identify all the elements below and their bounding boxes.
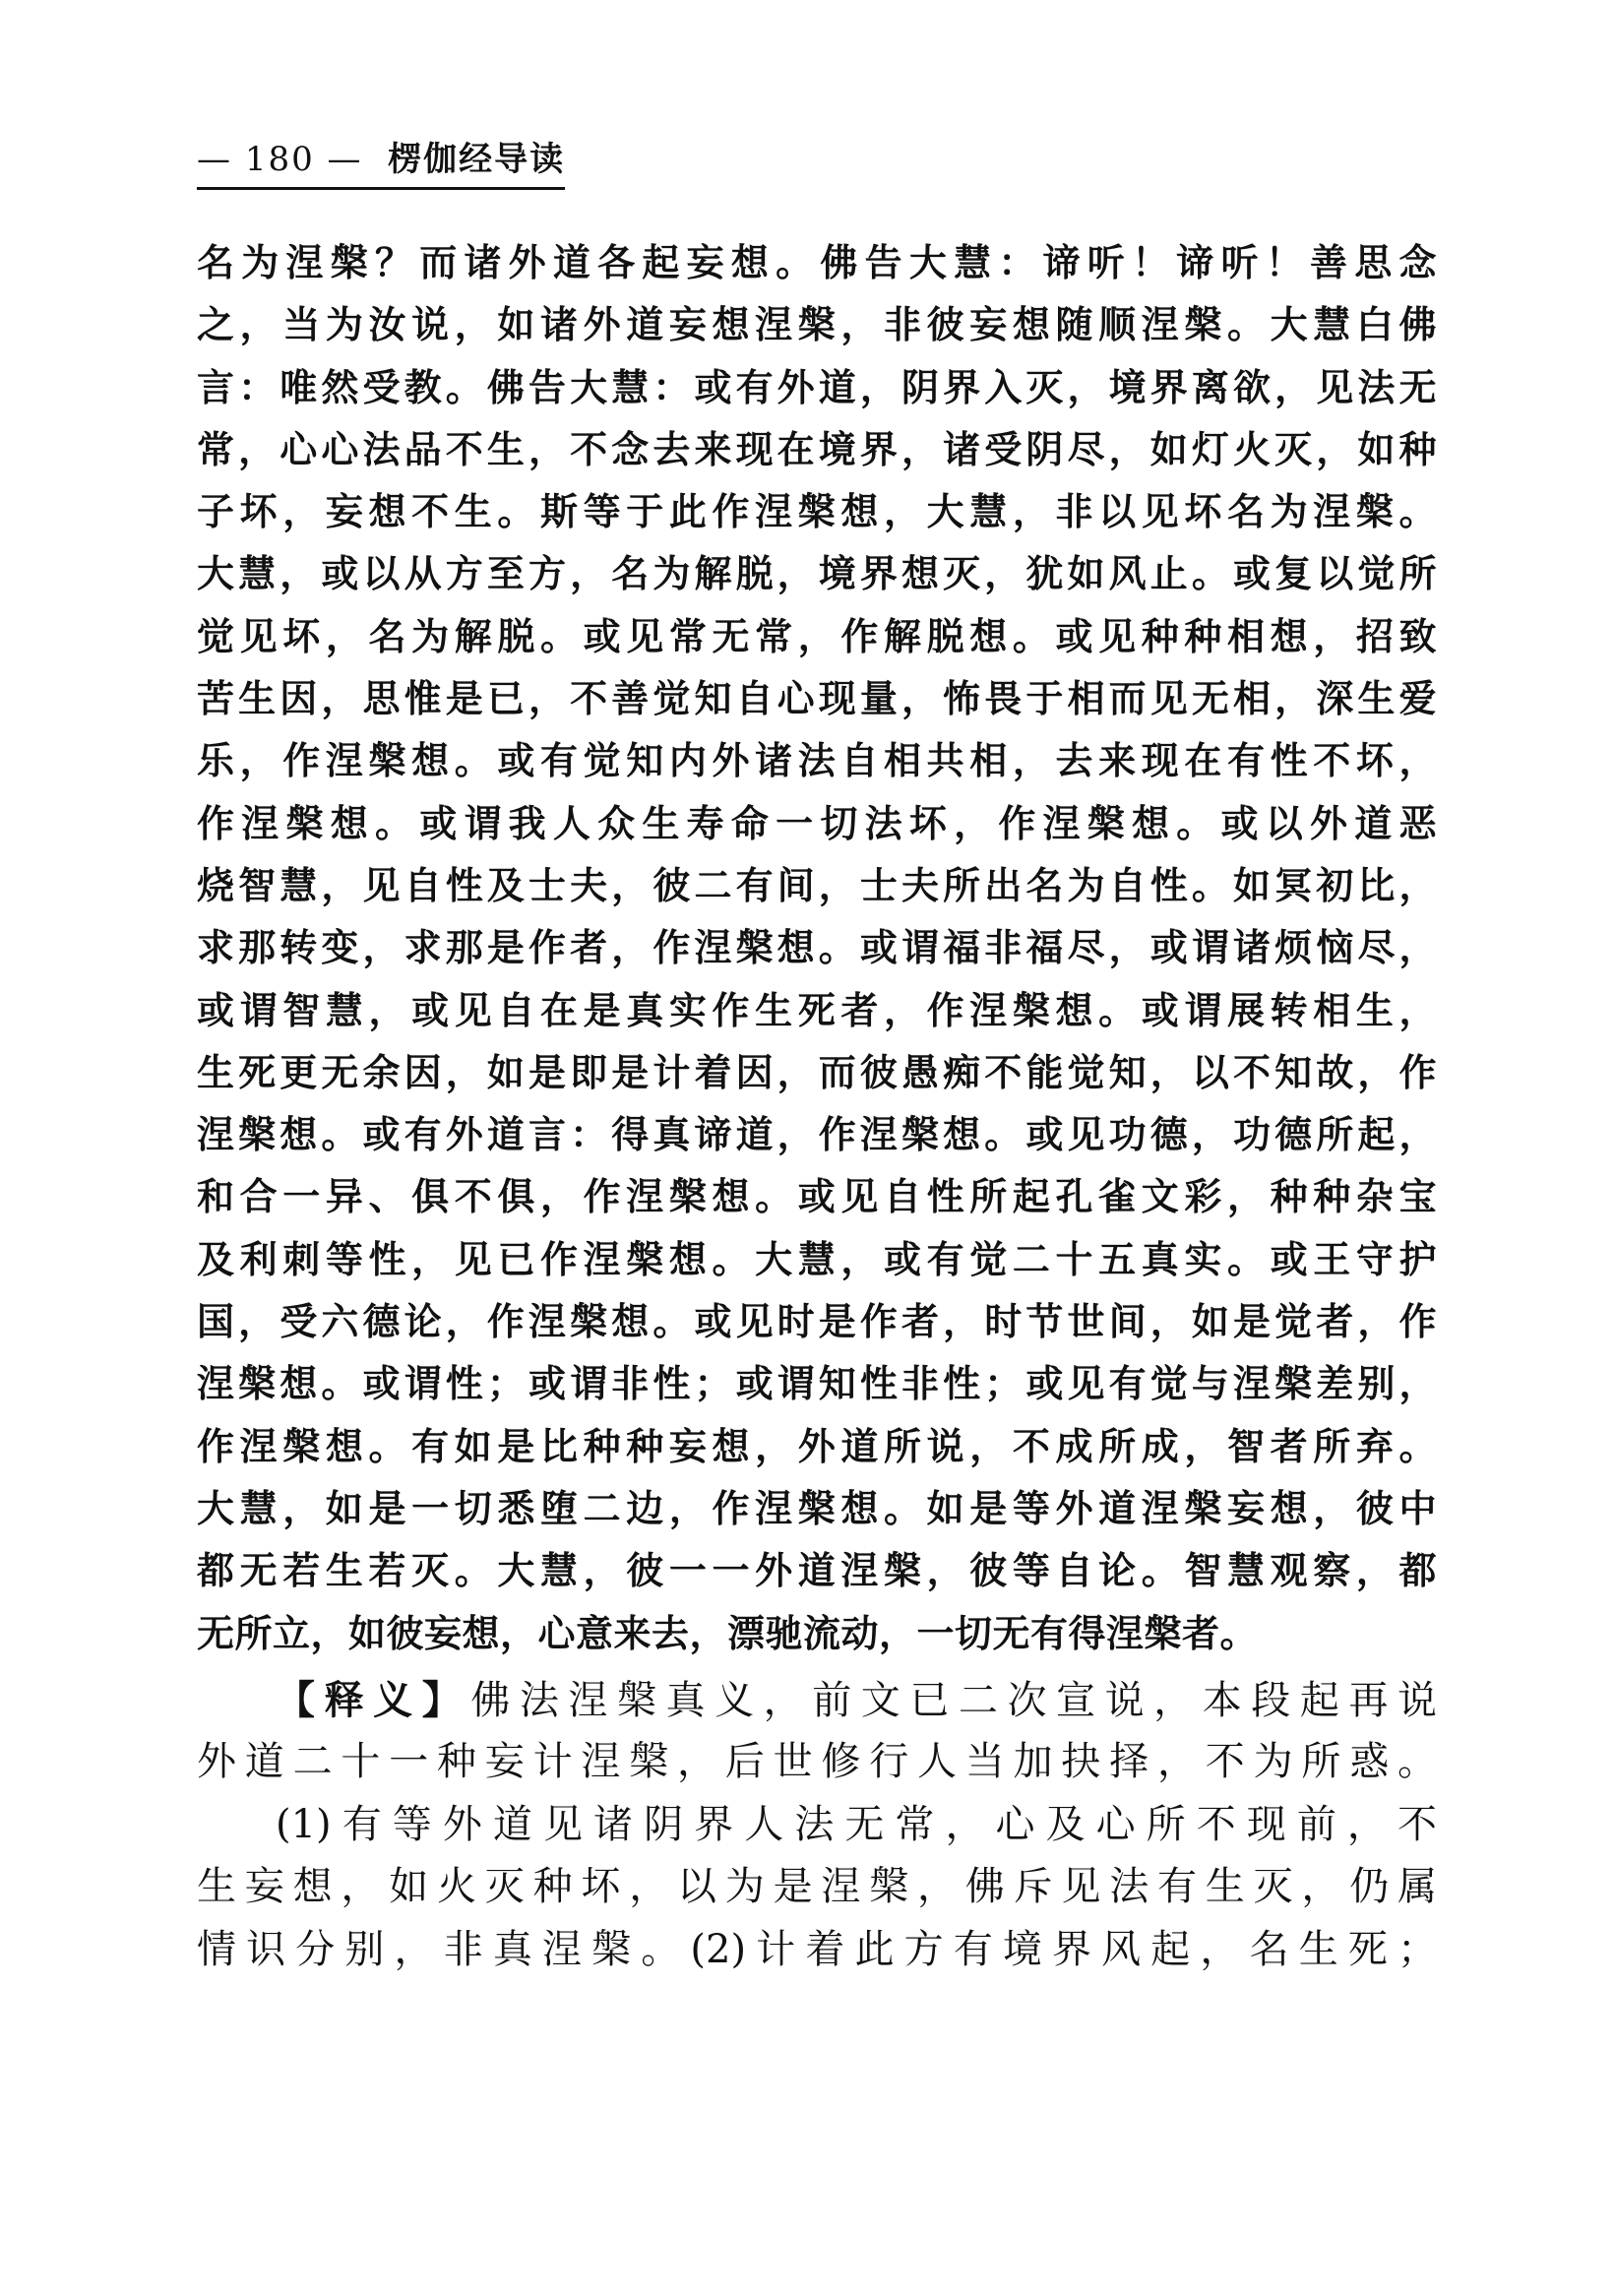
sutra-line: 之，当为汝说，如诸外道妄想涅槃，非彼妄想随顺涅槃。大慧白佛 — [197, 294, 1437, 356]
sutra-line: 觉见坏，名为解脱。或见常无常，作解脱想。或见种种相想，招致 — [197, 606, 1437, 668]
commentary-text: 佛法涅槃真义，前文已二次宣说，本段起再说 — [470, 1678, 1437, 1723]
book-title: 楞伽经导读 — [388, 140, 565, 179]
commentary-line: 外道二十一种妄计涅槃，后世修行人当加抉择，不为所惑。 — [197, 1731, 1437, 1794]
sutra-line: 苦生因，思惟是已，不善觉知自心现量，怖畏于相而见无相，深生爱 — [197, 668, 1437, 730]
commentary-line: (1)有等外道见诸阴界人法无常，心及心所不现前，不 — [197, 1794, 1437, 1857]
sutra-line: 烧智慧，见自性及士夫，彼二有间，士夫所出名为自性。如冥初比， — [197, 855, 1437, 917]
commentary-line: 【释义】佛法涅槃真义，前文已二次宣说，本段起再说 — [197, 1669, 1437, 1732]
sutra-line: 作涅槃想。或谓我人众生寿命一切法坏，作涅槃想。或以外道恶 — [197, 793, 1437, 855]
sutra-passage: 名为涅槃？而诸外道各起妄想。佛告大慧：谛听！谛听！善思念 之，当为汝说，如诸外道… — [197, 232, 1437, 1665]
book-page: — 180 — 楞伽经导读 名为涅槃？而诸外道各起妄想。佛告大慧：谛听！谛听！善… — [197, 138, 1437, 1981]
sutra-line: 名为涅槃？而诸外道各起妄想。佛告大慧：谛听！谛听！善思念 — [197, 232, 1437, 294]
sutra-line: 求那转变，求那是作者，作涅槃想。或谓福非福尽，或谓诸烦恼尽， — [197, 917, 1437, 979]
commentary-section: 【释义】佛法涅槃真义，前文已二次宣说，本段起再说 外道二十一种妄计涅槃，后世修行… — [197, 1669, 1437, 1982]
commentary-line: 情识分别，非真涅槃。(2)计着此方有境界风起，名生死； — [197, 1919, 1437, 1982]
header-dash-right: — — [328, 140, 363, 179]
header-line: — 180 — 楞伽经导读 — [197, 138, 565, 190]
sutra-line: 涅槃想。或谓性；或谓非性；或谓知性非性；或见有觉与涅槃差别， — [197, 1353, 1437, 1415]
sutra-line: 和合一异、俱不俱，作涅槃想。或见自性所起孔雀文彩，种种杂宝 — [197, 1166, 1437, 1228]
sutra-line: 乐，作涅槃想。或有觉知内外诸法自相共相，去来现在有性不坏， — [197, 730, 1437, 792]
sutra-line: 作涅槃想。有如是比种种妄想，外道所说，不成所成，智者所弃。 — [197, 1416, 1437, 1478]
sutra-line: 子坏，妄想不生。斯等于此作涅槃想，大慧，非以见坏名为涅槃。 — [197, 481, 1437, 543]
sutra-line: 言：唯然受教。佛告大慧：或有外道，阴界入灭，境界离欲，见法无 — [197, 357, 1437, 419]
sutra-line: 或谓智慧，或见自在是真实作生死者，作涅槃想。或谓展转相生， — [197, 980, 1437, 1042]
sutra-line: 大慧，如是一切悉堕二边，作涅槃想。如是等外道涅槃妄想，彼中 — [197, 1478, 1437, 1540]
header-dash-left: — — [197, 140, 232, 179]
sutra-line: 生死更无余因，如是即是计着因，而彼愚痴不能觉知，以不知故，作 — [197, 1042, 1437, 1104]
sutra-line: 常，心心法品不生，不念去来现在境界，诸受阴尽，如灯火灭，如种 — [197, 419, 1437, 481]
commentary-label: 【释义】 — [276, 1677, 470, 1723]
sutra-line: 及利刺等性，见已作涅槃想。大慧，或有觉二十五真实。或王守护 — [197, 1229, 1437, 1291]
sutra-line: 大慧，或以从方至方，名为解脱，境界想灭，犹如风止。或复以觉所 — [197, 543, 1437, 605]
sutra-line: 涅槃想。或有外道言：得真谛道，作涅槃想。或见功德，功德所起， — [197, 1104, 1437, 1166]
sutra-line: 无所立，如彼妄想，心意来去，漂驰流动，一切无有得涅槃者。 — [197, 1603, 1437, 1665]
sutra-line: 都无若生若灭。大慧，彼一一外道涅槃，彼等自论。智慧观察，都 — [197, 1540, 1437, 1602]
page-number: 180 — [245, 140, 315, 179]
running-header: — 180 — 楞伽经导读 — [197, 138, 1437, 207]
commentary-line: 生妄想，如火灭种坏，以为是涅槃，佛斥见法有生灭，仍属 — [197, 1856, 1437, 1919]
sutra-line: 国，受六德论，作涅槃想。或见时是作者，时节世间，如是觉者，作 — [197, 1291, 1437, 1353]
